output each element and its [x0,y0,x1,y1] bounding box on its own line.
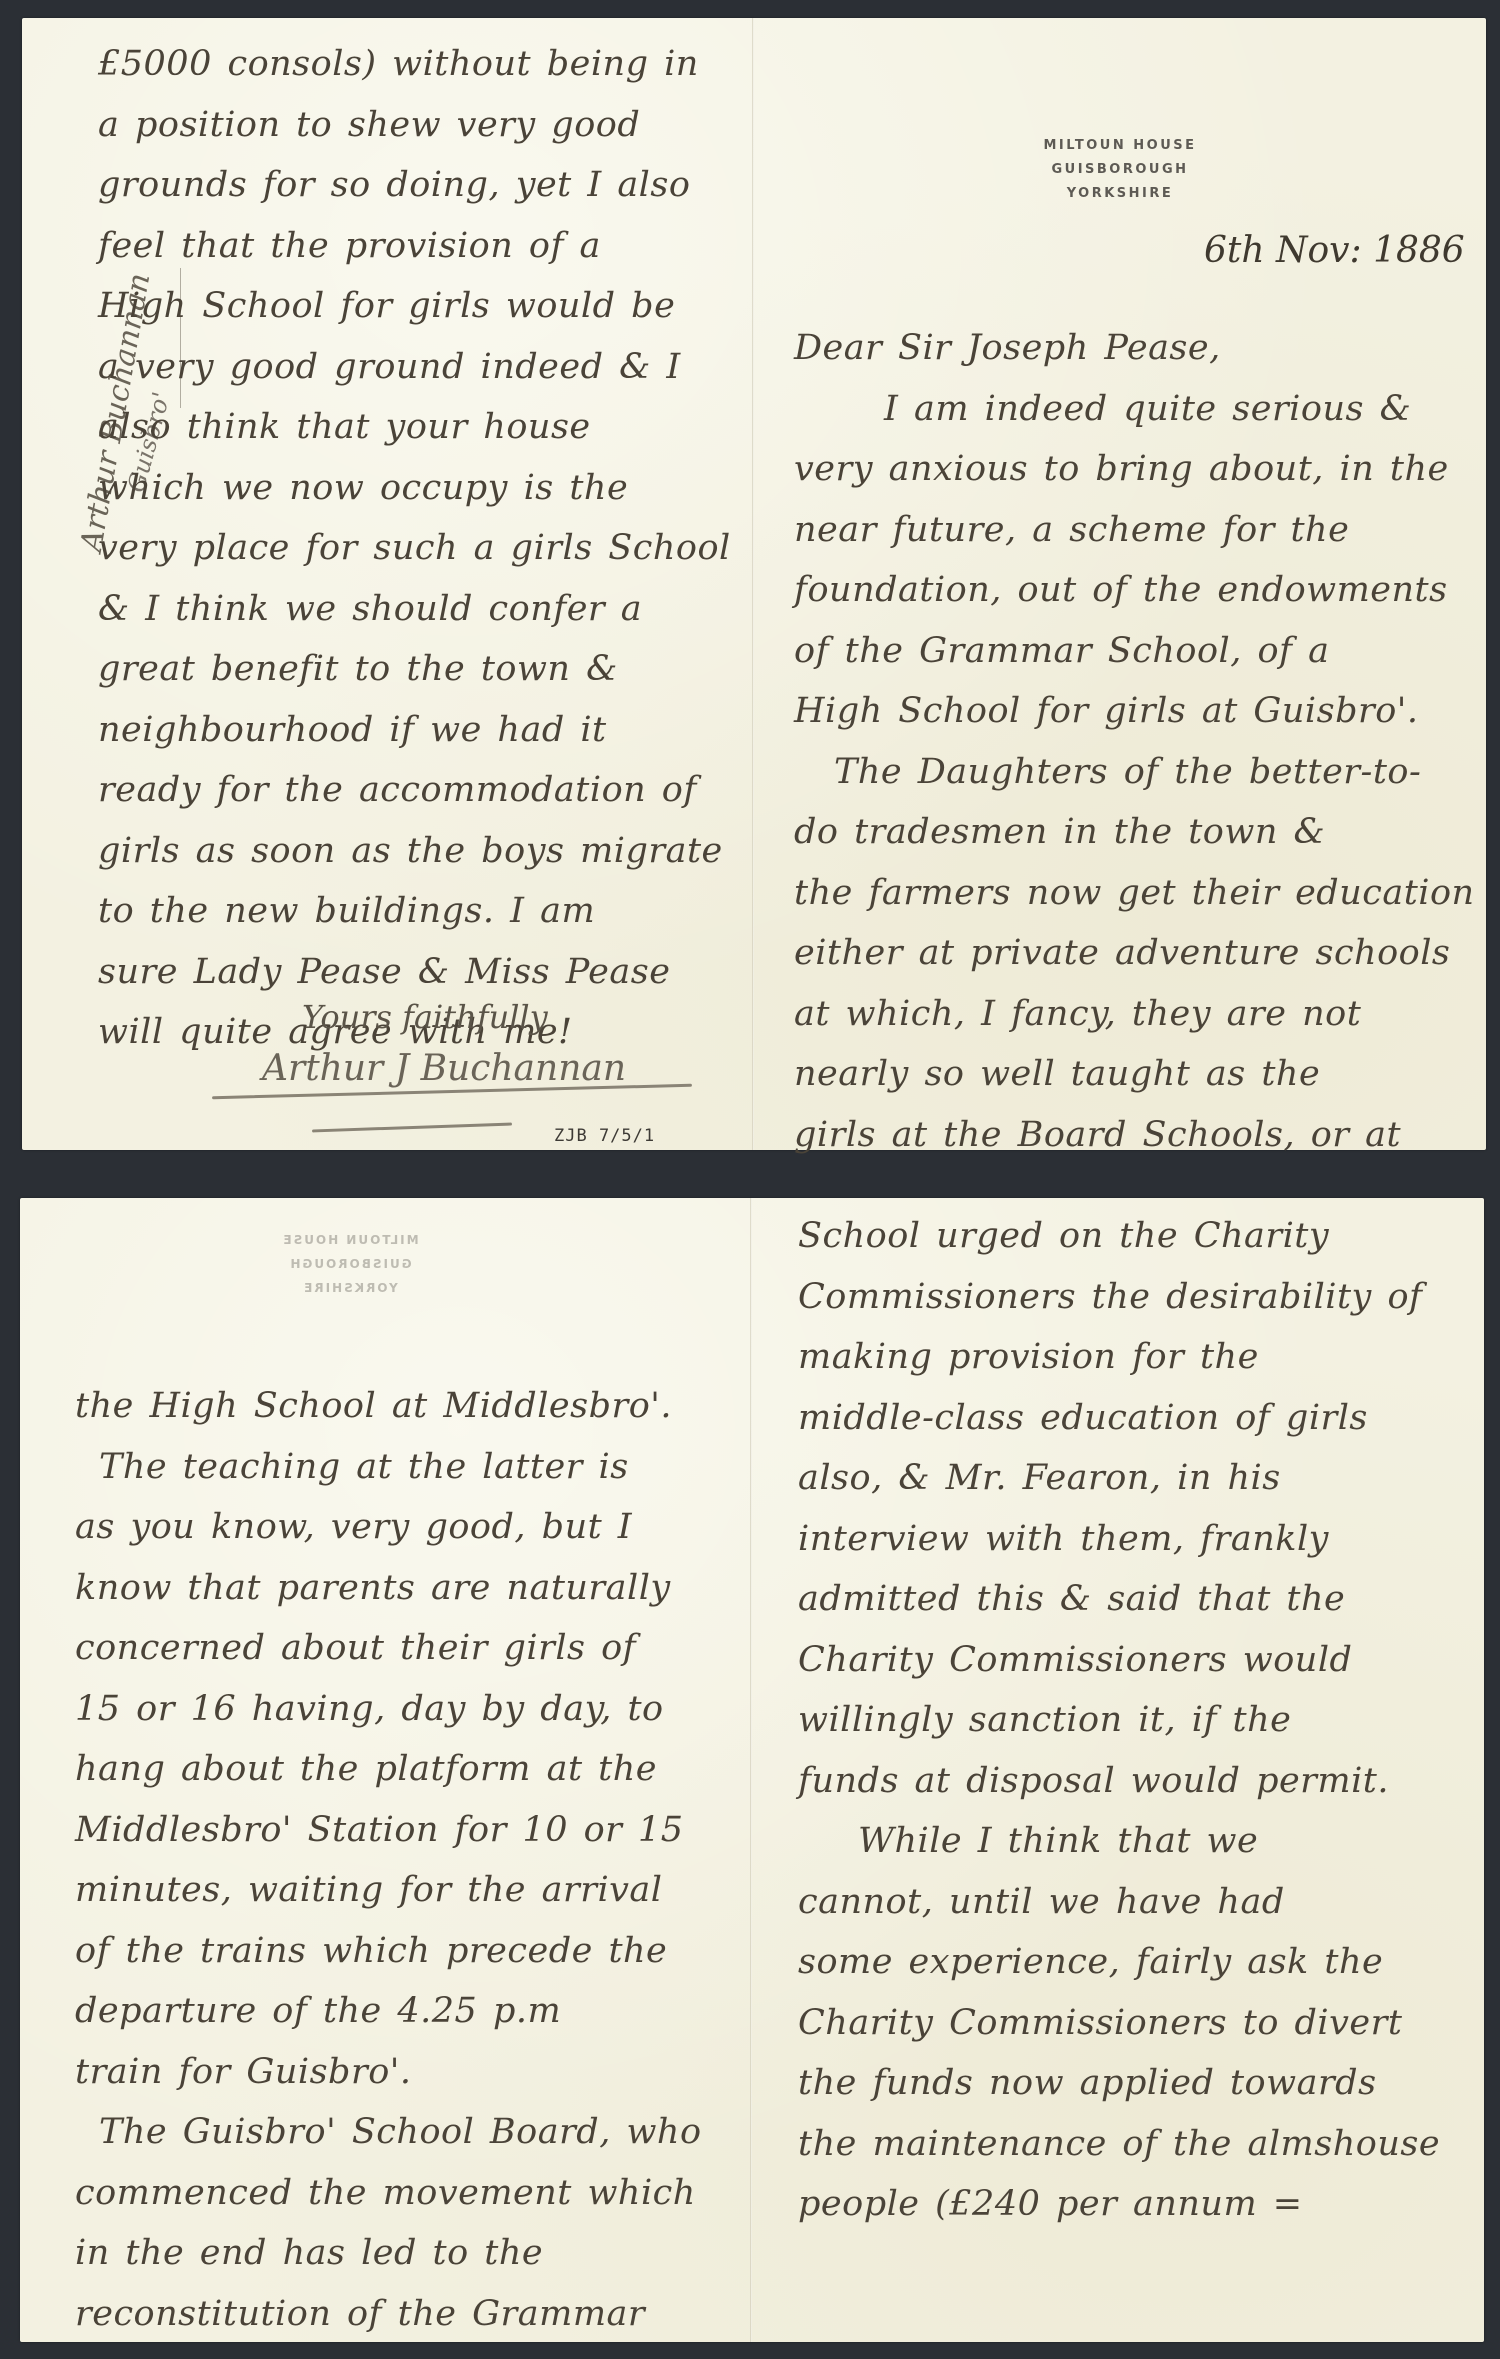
text-line: cannot, until we have had [798,1872,1466,1933]
letterhead: MILTOUN HOUSE GUISBOROUGH YORKSHIRE [754,134,1486,206]
text-line: High School for girls at Guisbro'. [794,681,1468,742]
text-line: departure of the 4.25 p.m [75,1981,732,2042]
letterhead-line: YORKSHIRE [754,182,1486,206]
text-line: near future, a scheme for the [794,500,1468,561]
text-line: ready for the accommodation of [98,760,734,821]
text-line: Middlesbro' Station for 10 or 15 [75,1800,732,1861]
text-line: do tradesmen in the town & [794,802,1468,863]
text-line: some experience, fairly ask the [798,1932,1466,1993]
closing-salutation: Yours faithfully [302,998,548,1036]
salutation: Dear Sir Joseph Pease, [794,318,1468,379]
text-line: High School for girls would be [98,276,734,337]
text-line: a very good ground indeed & I [98,337,734,398]
text-line: grounds for so doing, yet I also [98,155,734,216]
text-line: funds at disposal would permit. [798,1751,1466,1812]
text-line: Commissioners the desirability of [798,1267,1466,1328]
text-line: Charity Commissioners would [798,1630,1466,1691]
page-two-body: the High School at Middlesbro'. The teac… [75,1376,732,2344]
text-line: admitted this & said that the [798,1569,1466,1630]
text-line: nearly so well taught as the [794,1044,1468,1105]
letter-sheet-top: Arthur Buchannan Guisbro' £5000 consols)… [22,18,1486,1150]
text-line: hang about the platform at the [75,1739,732,1800]
text-line: of the trains which precede the [75,1921,732,1982]
text-line: commenced the movement which [75,2163,732,2224]
text-line: know that parents are naturally [75,1558,732,1619]
text-line: Charity Commissioners to divert [798,1993,1466,2054]
signature-underline [312,1123,512,1133]
letterhead-line: YORKSHIRE [250,1276,450,1300]
text-line: also think that your house [98,397,734,458]
text-line: as you know, very good, but I [75,1497,732,1558]
text-line: neighbourhood if we had it [98,700,734,761]
text-line: £5000 consols) without being in [98,34,734,95]
text-line: the funds now applied towards [798,2053,1466,2114]
text-line: making provision for the [798,1327,1466,1388]
page-one: MILTOUN HOUSE GUISBOROUGH YORKSHIRE 6th … [754,18,1486,1150]
text-line: feel that the provision of a [98,216,734,277]
text-line: minutes, waiting for the arrival [75,1860,732,1921]
text-line: girls at the Board Schools, or at [794,1105,1468,1166]
text-line: willingly sanction it, if the [798,1690,1466,1751]
letterhead-line: MILTOUN HOUSE [250,1228,450,1252]
text-line: The Daughters of the better-to- [794,742,1468,803]
text-line: the maintenance of the almshouse [798,2114,1466,2175]
text-line: people (£240 per annum = [798,2174,1466,2235]
letter-date: 6th Nov: 1886 [1204,230,1465,271]
text-line: either at private adventure schools [794,923,1468,984]
page-three: School urged on the Charity Commissioner… [752,1198,1484,2342]
text-line: 15 or 16 having, day by day, to [75,1679,732,1740]
text-line: girls as soon as the boys migrate [98,821,734,882]
text-line: The teaching at the latter is [75,1437,732,1498]
text-line: reconstitution of the Grammar [75,2284,732,2345]
text-line: of the Grammar School, of a [794,621,1468,682]
text-line: very place for such a girls School [98,518,734,579]
text-line: concerned about their girls of [75,1618,732,1679]
page-four-body: £5000 consols) without being in a positi… [98,34,734,1063]
text-line: I am indeed quite serious & [794,379,1468,440]
letterhead-line: MILTOUN HOUSE [754,134,1486,158]
text-line: While I think that we [798,1811,1466,1872]
letterhead-show-through: MILTOUN HOUSE GUISBOROUGH YORKSHIRE [250,1228,450,1300]
page-two: MILTOUN HOUSE GUISBOROUGH YORKSHIRE the … [20,1198,750,2342]
text-line: The Guisbro' School Board, who [75,2102,732,2163]
text-line: great benefit to the town & [98,639,734,700]
text-line: very anxious to bring about, in the [794,439,1468,500]
page-one-body: Dear Sir Joseph Pease, I am indeed quite… [794,318,1468,1165]
archive-reference: ZJB 7/5/1 [554,1126,655,1146]
text-line: sure Lady Pease & Miss Pease [98,942,734,1003]
text-line: & I think we should confer a [98,579,734,640]
letterhead-line: GUISBOROUGH [754,158,1486,182]
text-line: which we now occupy is the [98,458,734,519]
text-line: middle-class education of girls [798,1388,1466,1449]
text-line: at which, I fancy, they are not [794,984,1468,1045]
letterhead-line: GUISBOROUGH [250,1252,450,1276]
signature: Arthur J Buchannan [262,1048,626,1089]
text-line: also, & Mr. Fearon, in his [798,1448,1466,1509]
text-line: a position to shew very good [98,95,734,156]
page-three-body: School urged on the Charity Commissioner… [798,1206,1466,2235]
text-line: in the end has led to the [75,2223,732,2284]
text-line: the High School at Middlesbro'. [75,1376,732,1437]
letter-sheet-bottom: MILTOUN HOUSE GUISBOROUGH YORKSHIRE the … [20,1198,1484,2342]
text-line: School urged on the Charity [798,1206,1466,1267]
page-four: Arthur Buchannan Guisbro' £5000 consols)… [22,18,752,1150]
text-line: to the new buildings. I am [98,881,734,942]
text-line: the farmers now get their education [794,863,1468,924]
text-line: foundation, out of the endowments [794,560,1468,621]
text-line: train for Guisbro'. [75,2042,732,2103]
text-line: interview with them, frankly [798,1509,1466,1570]
